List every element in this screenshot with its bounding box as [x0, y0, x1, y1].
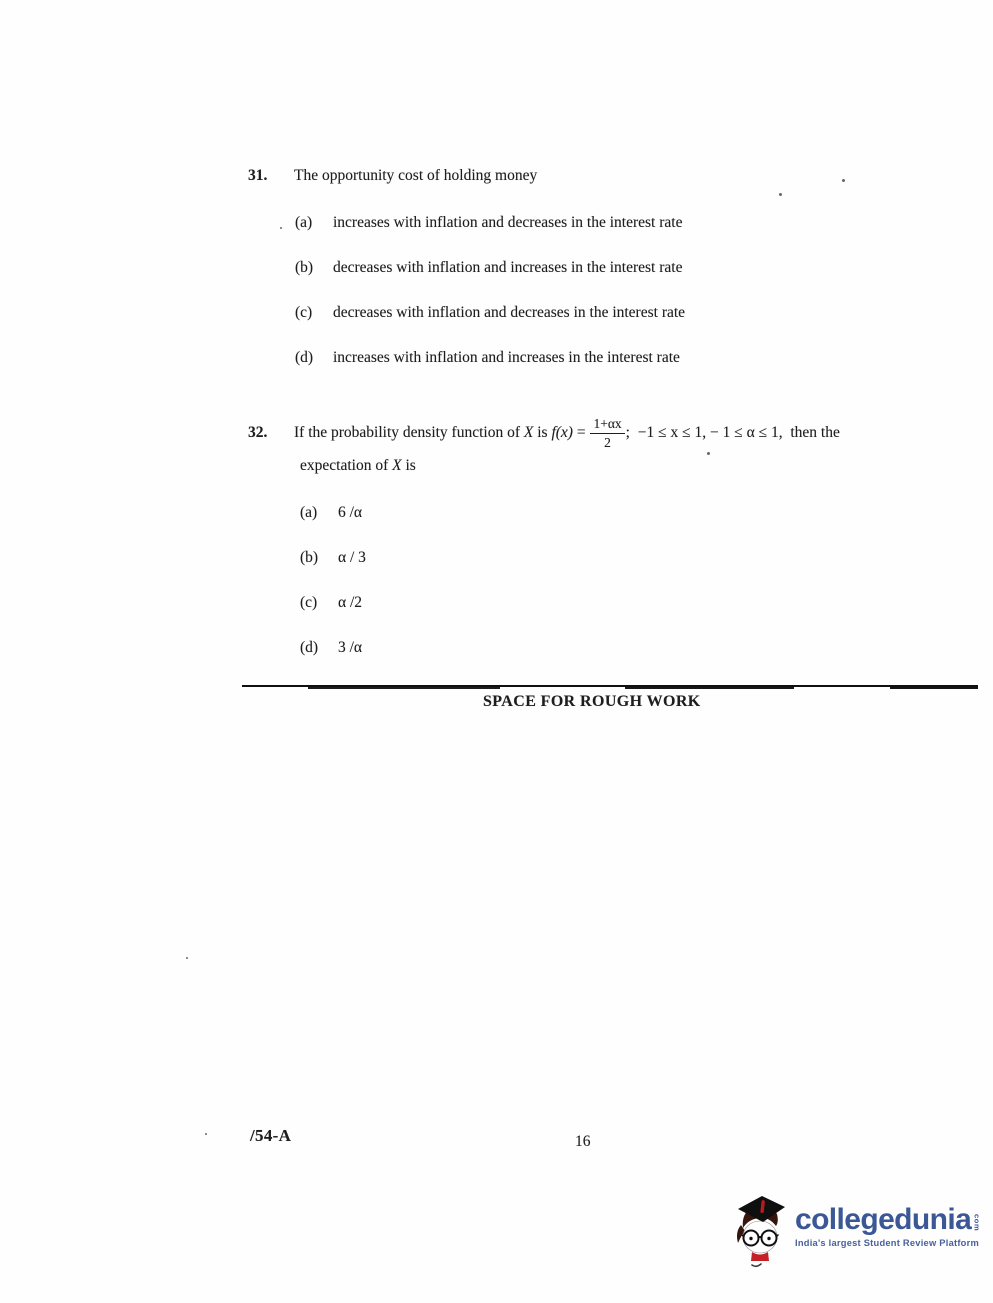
option-text: increases with inflation and decreases i…	[333, 213, 682, 233]
question-31-option-b: (b) decreases with inflation and increas…	[295, 258, 682, 278]
option-text: α /2	[338, 593, 362, 613]
scanned-exam-page: 31. The opportunity cost of holding mone…	[0, 0, 993, 1303]
scan-artifact-dot	[842, 179, 845, 182]
question-31: 31. The opportunity cost of holding mone…	[248, 166, 537, 186]
question-32-line2-end: is	[402, 457, 416, 474]
option-label: (c)	[295, 303, 333, 323]
page-number: 16	[575, 1133, 591, 1151]
scan-artifact-dot	[707, 452, 710, 455]
option-label: (b)	[300, 548, 338, 568]
function-fx: f(x)	[551, 423, 573, 443]
variable-x: X	[392, 457, 401, 474]
section-divider-line	[242, 685, 978, 690]
scan-artifact-dot	[280, 227, 282, 229]
question-32: 32. If the probability density function …	[248, 410, 840, 456]
question-31-option-a: (a) increases with inflation and decreas…	[295, 213, 682, 233]
option-text: 6 /α	[338, 503, 362, 523]
fraction: 1+αx 2	[590, 416, 624, 450]
option-label: (b)	[295, 258, 333, 278]
question-32-option-d: (d) 3 /α	[300, 638, 362, 658]
option-label: (d)	[300, 638, 338, 658]
variable-x: X	[524, 423, 533, 443]
collegedunia-mascot-icon	[732, 1192, 792, 1268]
collegedunia-brand-name: collegedunia	[795, 1206, 971, 1233]
collegedunia-logo: collegedunia com India's largest Student…	[732, 1192, 981, 1268]
question-31-option-c: (c) decreases with inflation and decreas…	[295, 303, 685, 323]
option-label: (a)	[300, 503, 338, 523]
fraction-denominator: 2	[604, 434, 611, 451]
scan-artifact-dot	[779, 193, 782, 196]
option-text: 3 /α	[338, 638, 362, 658]
rough-work-label: SPACE FOR ROUGH WORK	[483, 693, 701, 711]
question-31-option-d: (d) increases with inflation and increas…	[295, 348, 680, 368]
collegedunia-logo-text: collegedunia com India's largest Student…	[795, 1206, 981, 1248]
option-label: (d)	[295, 348, 333, 368]
question-32-intro: If the probability density function of	[294, 423, 524, 443]
collegedunia-tagline: India's largest Student Review Platform	[795, 1238, 981, 1248]
option-text: decreases with inflation and decreases i…	[333, 303, 685, 323]
question-32-line2: expectation of X is	[300, 456, 416, 476]
equals-sign: =	[573, 423, 590, 443]
question-32-option-a: (a) 6 /α	[300, 503, 362, 523]
question-32-number: 32.	[248, 423, 294, 443]
question-32-conditions: ; −1 ≤ x ≤ 1, − 1 ≤ α ≤ 1, then the	[626, 423, 840, 443]
option-label: (c)	[300, 593, 338, 613]
question-31-text: The opportunity cost of holding money	[294, 166, 537, 186]
collegedunia-brand-suffix: com	[973, 1214, 981, 1233]
scan-artifact-dot	[186, 957, 188, 959]
question-31-number: 31.	[248, 166, 294, 186]
question-32-option-b: (b) α / 3	[300, 548, 366, 568]
booklet-code: /54-A	[250, 1126, 291, 1146]
question-32-mid: is	[533, 423, 551, 443]
question-32-line2-text: expectation of	[300, 457, 392, 474]
question-32-option-c: (c) α /2	[300, 593, 362, 613]
option-text: decreases with inflation and increases i…	[333, 258, 682, 278]
option-label: (a)	[295, 213, 333, 233]
scan-artifact-dot	[205, 1133, 207, 1135]
fraction-numerator: 1+αx	[590, 416, 624, 434]
option-text: α / 3	[338, 548, 366, 568]
option-text: increases with inflation and increases i…	[333, 348, 680, 368]
